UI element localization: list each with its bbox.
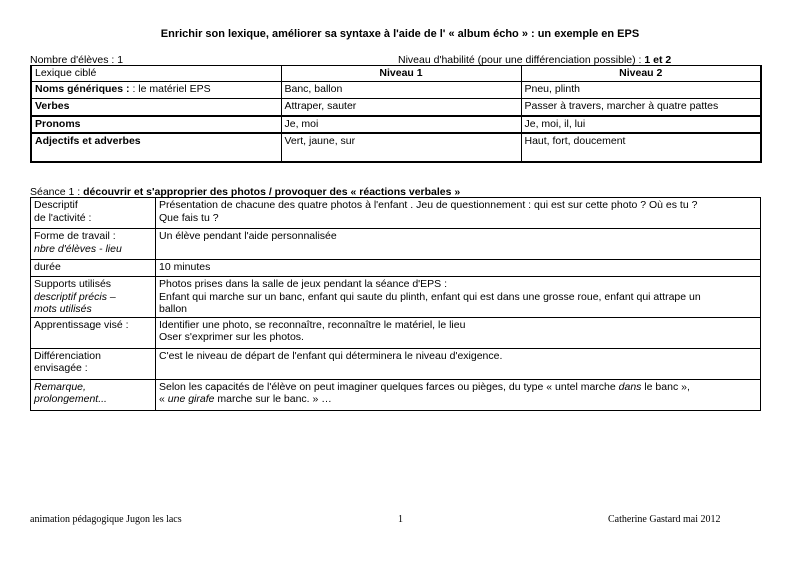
niveau1-cell: Attraper, sauter xyxy=(281,99,521,117)
row-label: Descriptif de l'activité : xyxy=(31,198,156,229)
niveau1-cell: Vert, jaune, sur xyxy=(281,133,521,162)
row-content: Photos prises dans la salle de jeux pend… xyxy=(156,277,761,318)
row-label: Noms génériques : : le matériel EPS xyxy=(31,82,281,99)
row-label: Adjectifs et adverbes xyxy=(31,133,281,162)
row-label-bold: Verbes xyxy=(35,100,69,112)
label-line: Supports utilisés xyxy=(34,278,152,291)
niveau2-cell: Passer à travers, marcher à quatre patte… xyxy=(521,99,761,117)
content-text: « xyxy=(159,393,168,405)
row-label: Forme de travail : nbre d'élèves - lieu xyxy=(31,229,156,260)
content-line: Que fais tu ? xyxy=(159,212,757,225)
content-text: marche sur le banc. » … xyxy=(214,393,331,405)
row-label: durée xyxy=(31,260,156,277)
content-line: Présentation de chacune des quatre photo… xyxy=(159,199,757,212)
table-row-duree: durée 10 minutes xyxy=(31,260,761,277)
content-line: Identifier une photo, se reconnaître, re… xyxy=(159,319,757,332)
table-row-supports: Supports utilisés descriptif précis – mo… xyxy=(31,277,761,318)
niveau2-cell: Pneu, plinth xyxy=(521,82,761,99)
label-line: Forme de travail : xyxy=(34,230,152,243)
table-row: Pronoms Je, moi Je, moi, il, lui xyxy=(31,116,761,133)
lexique-header-row: Lexique ciblé Niveau 1 Niveau 2 xyxy=(31,66,761,82)
table-row: Verbes Attraper, sauter Passer à travers… xyxy=(31,99,761,117)
content-line: Oser s'exprimer sur les photos. xyxy=(159,331,757,344)
row-label: Supports utilisés descriptif précis – mo… xyxy=(31,277,156,318)
footer-right: Catherine Gastard mai 2012 xyxy=(608,514,720,525)
row-label-bold: Noms génériques : xyxy=(35,83,130,95)
row-content: 10 minutes xyxy=(156,260,761,277)
content-line: « une girafe marche sur le banc. » … xyxy=(159,393,757,406)
header-niveau-2: Niveau 2 xyxy=(521,66,761,82)
label-line: Descriptif xyxy=(34,199,152,212)
niveau1-cell: Je, moi xyxy=(281,116,521,133)
table-row-apprentissage: Apprentissage visé : Identifier une phot… xyxy=(31,317,761,348)
label-italic-line: nbre d'élèves - lieu xyxy=(34,243,152,256)
label-line: Apprentissage visé : xyxy=(34,319,152,332)
label-italic-line: descriptif précis – xyxy=(34,291,152,304)
label-italic-line: prolongement... xyxy=(34,393,152,406)
row-label: Remarque, prolongement... xyxy=(31,379,156,410)
label-italic-line: Remarque, xyxy=(34,381,152,394)
row-label: Apprentissage visé : xyxy=(31,317,156,348)
content-line: Enfant qui marche sur un banc, enfant qu… xyxy=(159,291,757,304)
row-content: Selon les capacités de l'élève on peut i… xyxy=(156,379,761,410)
content-line: Selon les capacités de l'élève on peut i… xyxy=(159,381,757,394)
row-content: Présentation de chacune des quatre photo… xyxy=(156,198,761,229)
content-italic: une girafe xyxy=(168,393,215,405)
label-line: Différenciation xyxy=(34,350,152,363)
table-row: Noms génériques : : le matériel EPS Banc… xyxy=(31,82,761,99)
footer-page-number: 1 xyxy=(398,514,403,525)
header-niveau-1: Niveau 1 xyxy=(281,66,521,82)
content-line: 10 minutes xyxy=(159,261,757,274)
row-label: Pronoms xyxy=(31,116,281,133)
content-italic: dans xyxy=(619,381,642,393)
row-label-bold: Adjectifs et adverbes xyxy=(35,135,141,147)
table-row-forme-travail: Forme de travail : nbre d'élèves - lieu … xyxy=(31,229,761,260)
footer-left: animation pédagogique Jugon les lacs xyxy=(30,514,182,525)
lexique-table: Lexique ciblé Niveau 1 Niveau 2 Noms gén… xyxy=(30,65,762,163)
table-row: Adjectifs et adverbes Vert, jaune, sur H… xyxy=(31,133,761,162)
content-line: Photos prises dans la salle de jeux pend… xyxy=(159,278,757,291)
table-row-differenciation: Différenciation envisagée : C'est le niv… xyxy=(31,348,761,379)
row-content: Identifier une photo, se reconnaître, re… xyxy=(156,317,761,348)
header-lexique-cible: Lexique ciblé xyxy=(31,66,281,82)
content-line: C'est le niveau de départ de l'enfant qu… xyxy=(159,350,757,363)
label-line: durée xyxy=(34,261,152,274)
seance-table: Descriptif de l'activité : Présentation … xyxy=(30,197,761,411)
row-label-bold: Pronoms xyxy=(35,118,81,130)
label-italic-line: mots utilisés xyxy=(34,303,152,316)
row-label: Différenciation envisagée : xyxy=(31,348,156,379)
niveau1-cell: Banc, ballon xyxy=(281,82,521,99)
row-content: C'est le niveau de départ de l'enfant qu… xyxy=(156,348,761,379)
label-line: envisagée : xyxy=(34,362,152,375)
table-row-remarque: Remarque, prolongement... Selon les capa… xyxy=(31,379,761,410)
content-line: Un élève pendant l'aide personnalisée xyxy=(159,230,757,243)
content-text: Selon les capacités de l'élève on peut i… xyxy=(159,381,619,393)
table-row-descriptif: Descriptif de l'activité : Présentation … xyxy=(31,198,761,229)
label-line: de l'activité : xyxy=(34,212,152,225)
row-content: Un élève pendant l'aide personnalisée xyxy=(156,229,761,260)
row-label: Verbes xyxy=(31,99,281,117)
content-text: le banc », xyxy=(641,381,689,393)
niveau2-cell: Haut, fort, doucement xyxy=(521,133,761,162)
row-label-rest: : le matériel EPS xyxy=(130,83,211,95)
document-title: Enrichir son lexique, améliorer sa synta… xyxy=(0,28,800,40)
niveau2-cell: Je, moi, il, lui xyxy=(521,116,761,133)
content-line: ballon xyxy=(159,303,757,316)
